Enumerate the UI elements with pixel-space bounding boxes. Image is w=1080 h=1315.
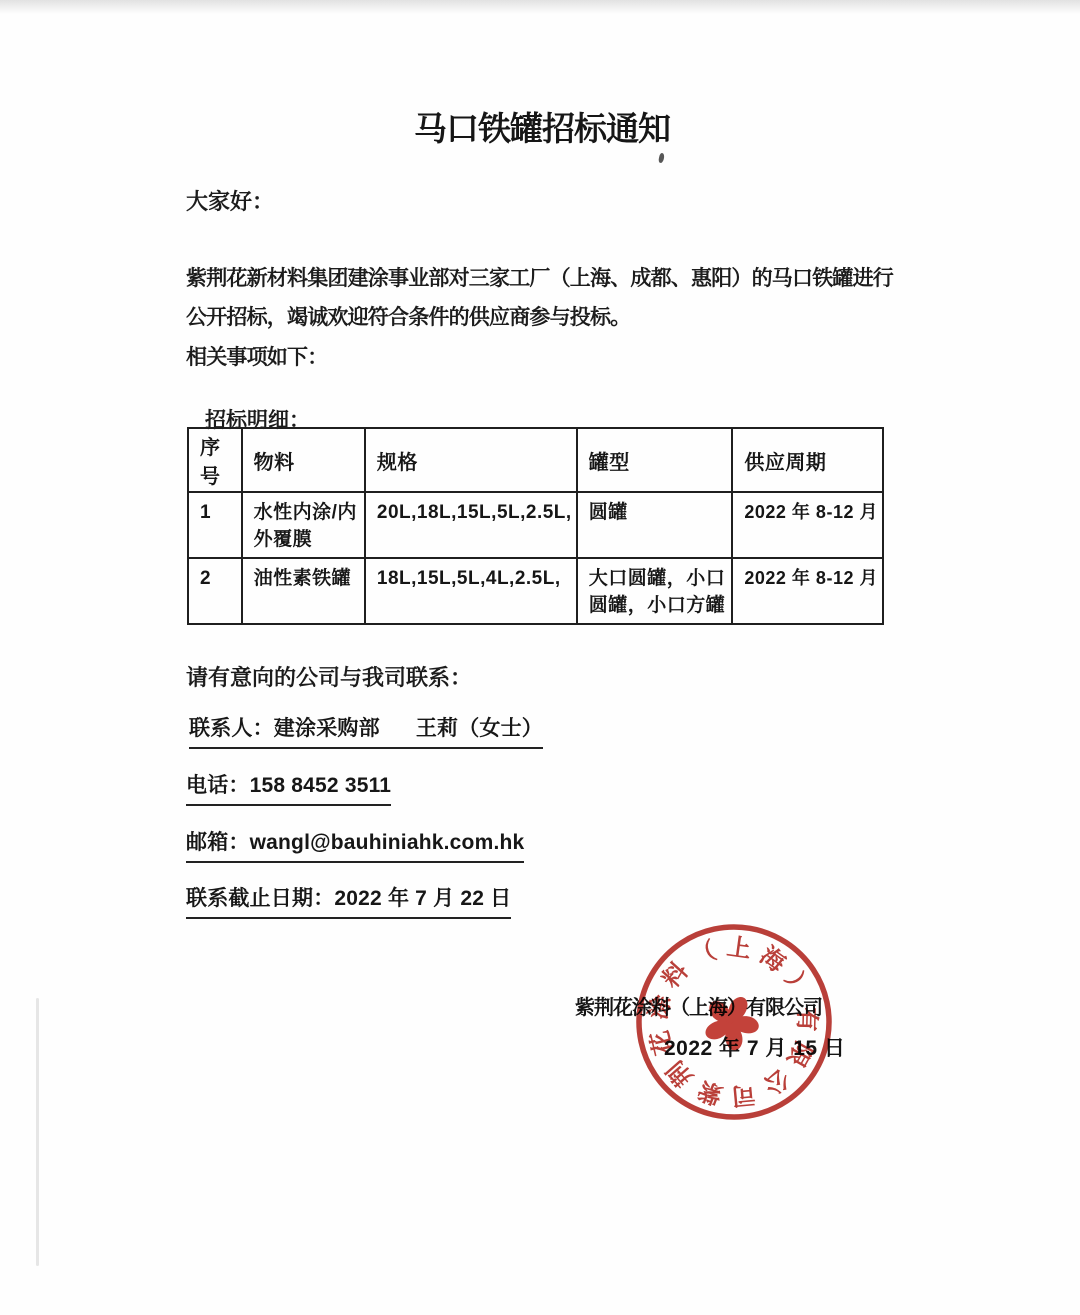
contact-person-line: 联系人：建涂采购部王莉（女士） bbox=[189, 712, 543, 749]
cell-period: 2022 年 8-12 月 bbox=[732, 492, 883, 558]
company-seal-stamp: 紫荆花涂料（上海）有限公司 bbox=[618, 906, 850, 1138]
cell-spec: 18L,15L,5L,4L,2.5L, bbox=[365, 558, 577, 624]
cell-spec: 20L,18L,15L,5L,2.5L, bbox=[365, 492, 577, 558]
cell-cantype: 圆罐 bbox=[577, 492, 733, 558]
cell-cantype: 大口圆罐，小口圆罐，小口方罐 bbox=[577, 558, 733, 624]
cell-material: 油性素铁罐 bbox=[242, 558, 365, 624]
body-line: 公开招标，竭诚欢迎符合条件的供应商参与投标。 bbox=[186, 301, 630, 331]
col-header-material: 物料 bbox=[242, 428, 365, 492]
cell-seq: 1 bbox=[188, 492, 242, 558]
body-line: 相关事项如下： bbox=[186, 341, 327, 371]
contact-intro: 请有意向的公司与我司联系： bbox=[186, 661, 472, 692]
contact-deadline-line: 联系截止日期：2022 年 7 月 22 日 bbox=[186, 882, 511, 919]
tender-detail-table: 序号 物料 规格 罐型 供应周期 1 水性内涂/内外覆膜 20L,18L,15L… bbox=[187, 427, 884, 625]
cell-seq: 2 bbox=[188, 558, 242, 624]
scan-edge-top bbox=[0, 0, 1080, 14]
contact-email-line: 邮箱：wangl@bauhiniahk.com.hk bbox=[186, 826, 524, 863]
col-header-seq: 序号 bbox=[188, 428, 242, 492]
greeting-text: 大家好： bbox=[186, 185, 274, 216]
table-row: 2 油性素铁罐 18L,15L,5L,4L,2.5L, 大口圆罐，小口圆罐，小口… bbox=[188, 558, 883, 624]
table-header-row: 序号 物料 规格 罐型 供应周期 bbox=[188, 428, 883, 492]
col-header-spec: 规格 bbox=[365, 428, 577, 492]
table-row: 1 水性内涂/内外覆膜 20L,18L,15L,5L,2.5L, 圆罐 2022… bbox=[188, 492, 883, 558]
contact-person-label: 联系人：建涂采购部 bbox=[189, 717, 380, 740]
body-line: 紫荆花新材料集团建涂事业部对三家工厂（上海、成都、惠阳）的马口铁罐进行 bbox=[186, 262, 893, 292]
col-header-cantype: 罐型 bbox=[577, 428, 733, 492]
scanned-document-page: 马口铁罐招标通知 大家好： 紫荆花新材料集团建涂事业部对三家工厂（上海、成都、惠… bbox=[0, 0, 1080, 1315]
scan-speck bbox=[658, 153, 665, 164]
contact-person-name: 王莉（女士） bbox=[416, 717, 543, 740]
col-header-period: 供应周期 bbox=[732, 428, 883, 492]
cell-material: 水性内涂/内外覆膜 bbox=[242, 492, 365, 558]
contact-phone-line: 电话：158 8452 3511 bbox=[186, 769, 391, 806]
cell-period: 2022 年 8-12 月 bbox=[732, 558, 883, 624]
scan-edge-left bbox=[36, 998, 39, 1266]
document-title: 马口铁罐招标通知 bbox=[414, 103, 670, 150]
stamp-flower-icon bbox=[696, 991, 765, 1059]
